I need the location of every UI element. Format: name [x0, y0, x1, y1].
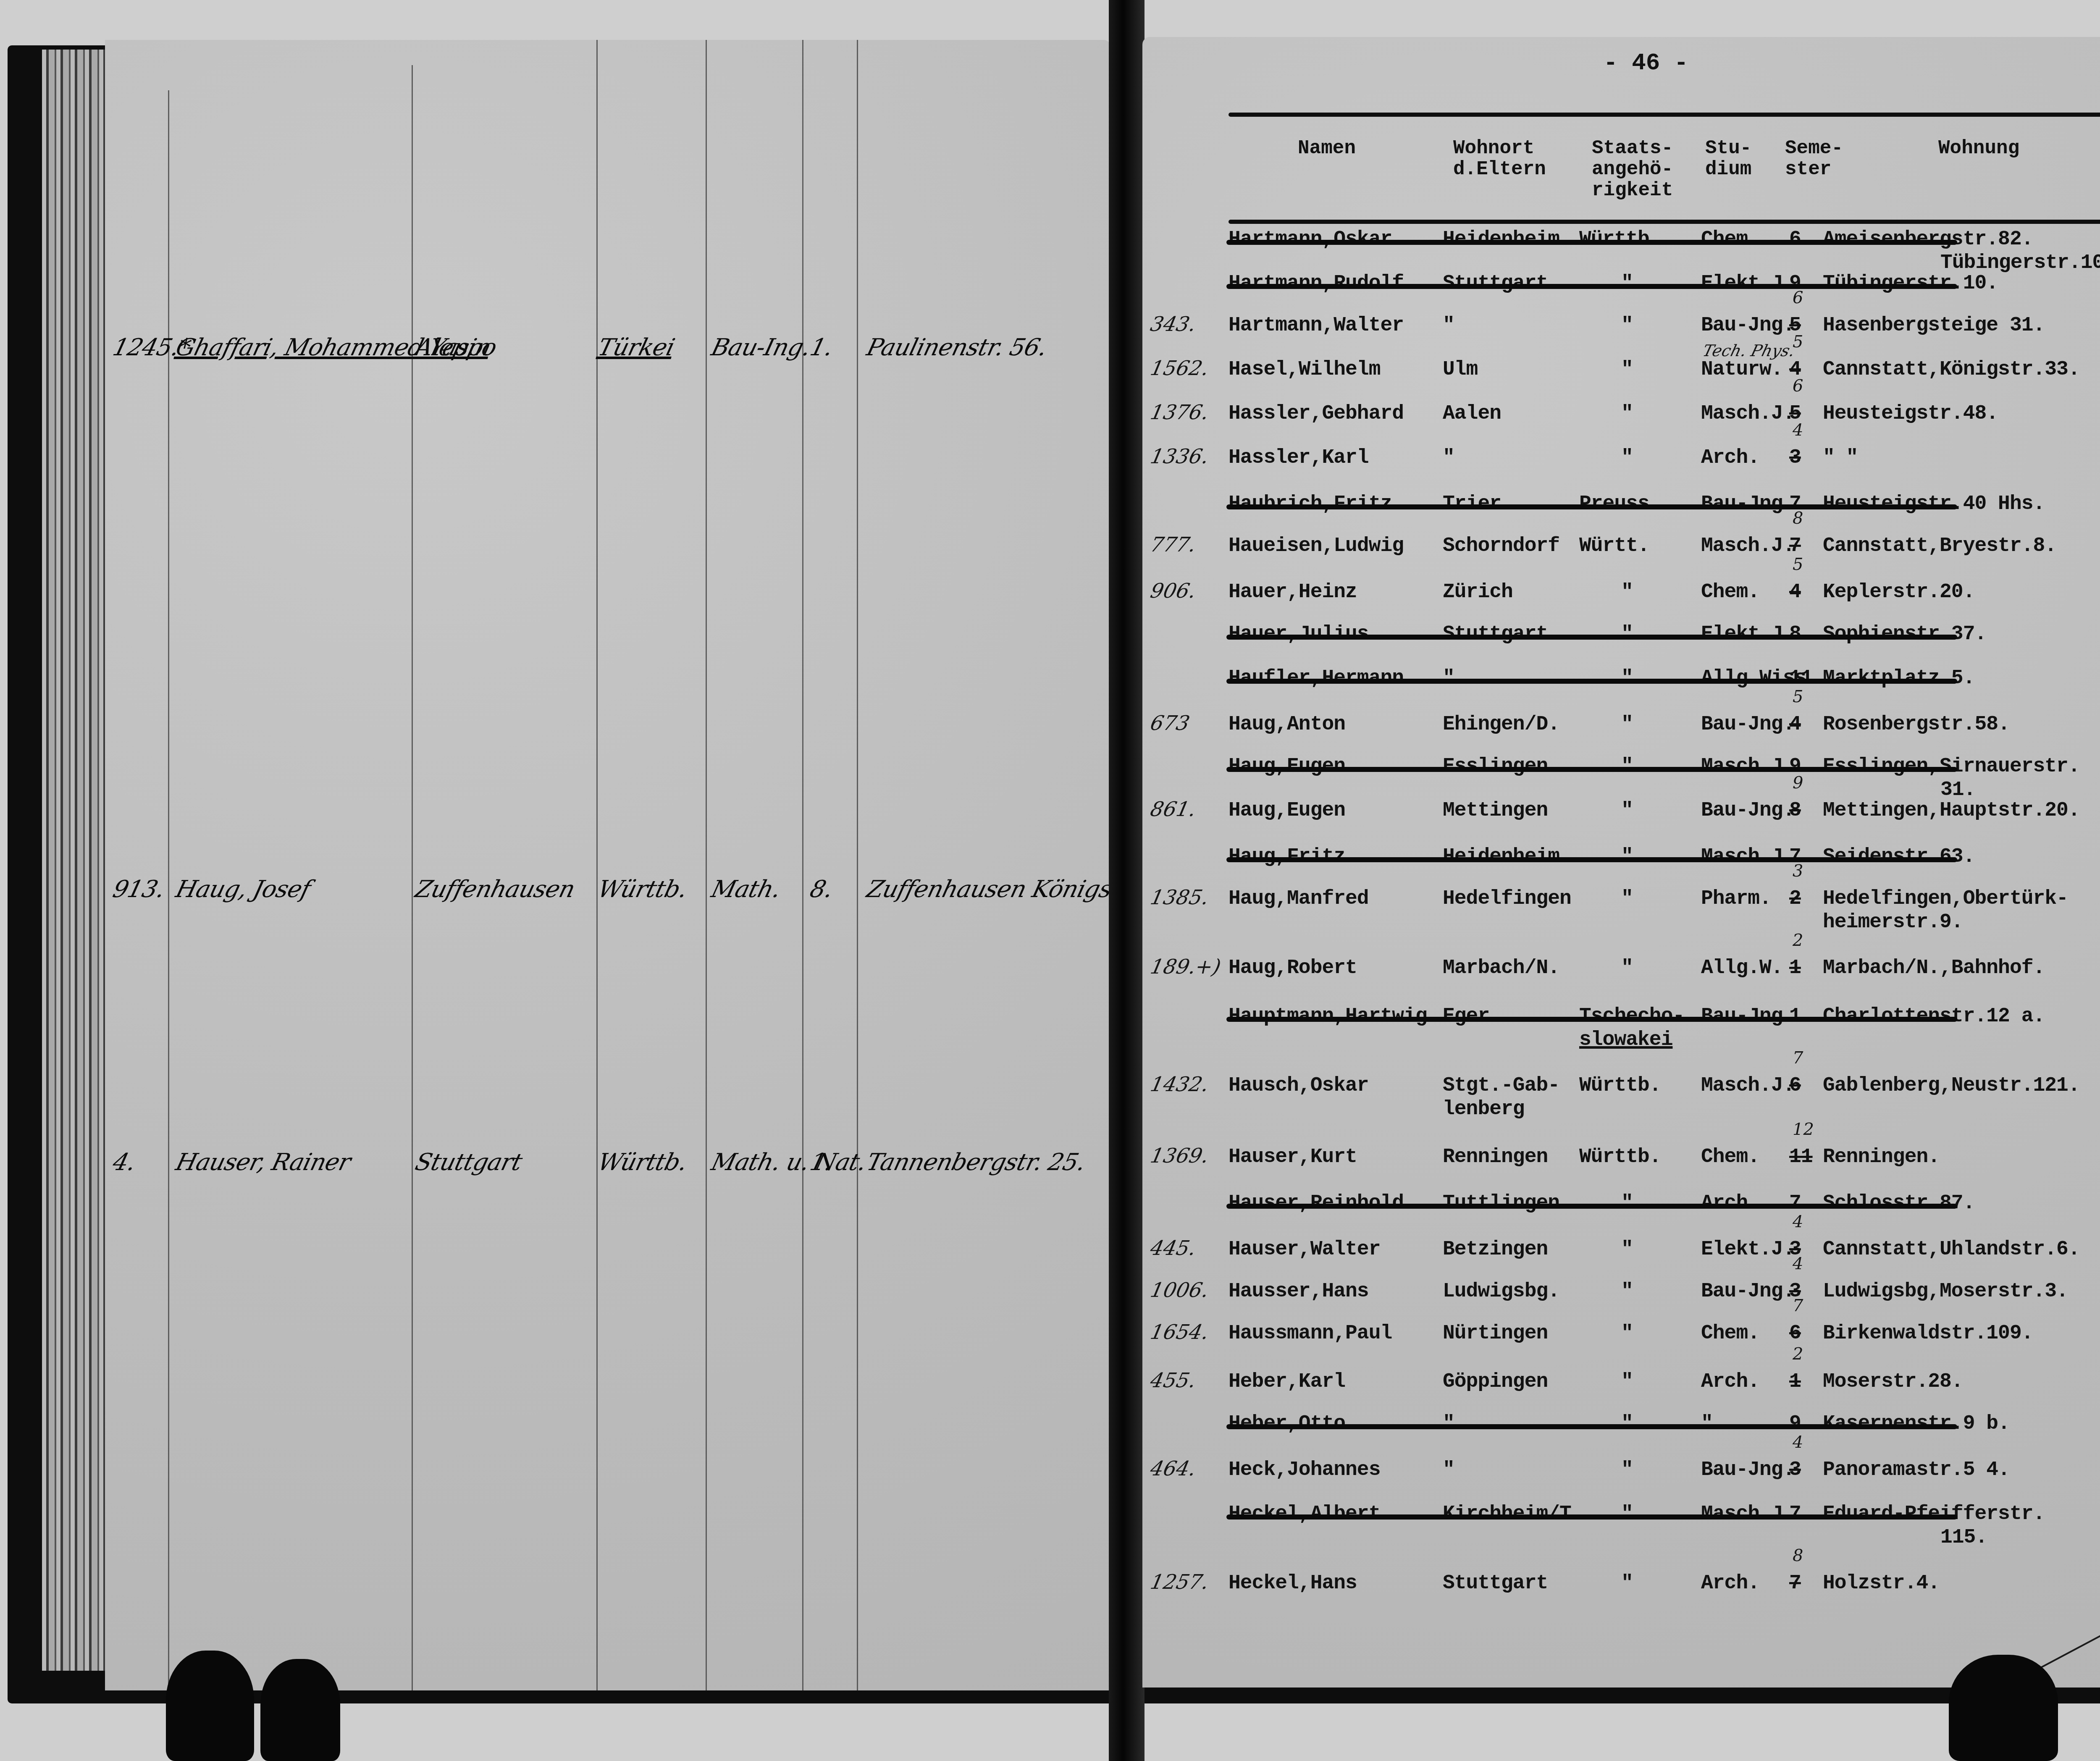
strikethrough-line: [1226, 1204, 1957, 1209]
cell-nationality: ": [1621, 1412, 1633, 1435]
cell-study: Pharm.: [1701, 887, 1771, 910]
cell-semester: 6: [1789, 1322, 1801, 1345]
cell-study: Arch.: [1701, 1572, 1759, 1595]
cell-residence: Sophienstr.37.: [1823, 623, 1986, 646]
strikethrough-line: [1226, 1017, 1957, 1022]
right-page: - 46 - Namen Wohnort d.Eltern Staats- an…: [1142, 37, 2100, 1688]
cell-name: Heckel,Albert: [1228, 1503, 1380, 1525]
cell-study: Allg.W.: [1701, 957, 1783, 979]
cell-parents-residence: ": [1443, 667, 1454, 690]
header-semester: Seme- ster: [1785, 138, 1843, 180]
cell-residence: Birkenwaldstr.109.: [1823, 1322, 2033, 1345]
cell-nationality-cont: slowakei: [1579, 1029, 1672, 1051]
cell-nationality: Württb.: [1579, 1146, 1661, 1168]
strikethrough-line: [1226, 857, 1957, 862]
cell-name: Hausser,Hans: [1228, 1280, 1369, 1303]
cell-residence: Heusteigstr.48.: [1823, 402, 1998, 425]
semester-updated: 5: [1793, 555, 1803, 574]
column-rule: [596, 40, 598, 1690]
cell-study: Bau-Jng.: [1701, 1459, 1794, 1481]
cell-name: Haussmann,Paul: [1228, 1322, 1392, 1345]
cell-residence: Heusteigstr.40 Hhs.: [1823, 493, 2045, 515]
cell-residence: Ludwigsbg,Moserstr.3.: [1823, 1280, 2068, 1303]
cell-study: Bau-Jng.: [1701, 799, 1794, 822]
cell-parents-residence: Nürtingen: [1443, 1322, 1548, 1345]
header-parents-residence: Wohnort d.Eltern: [1453, 138, 1546, 180]
cell-semester: 7: [1789, 1572, 1801, 1595]
cell-parents-residence: Betzingen: [1443, 1238, 1548, 1261]
cell-name: Heber,Otto: [1228, 1412, 1345, 1435]
registration-number: 455.: [1148, 1369, 1198, 1392]
cell-residence: Schlosstr.87.: [1823, 1192, 1974, 1215]
semester-updated: 8: [1793, 509, 1803, 528]
cell-residence: Hedelfingen,Obertürk-: [1823, 887, 2068, 910]
cell-parents-residence-cont: lenberg: [1443, 1098, 1525, 1121]
cell-residence: Kasernenstr.9 b.: [1823, 1412, 2010, 1435]
finger: [1949, 1655, 2058, 1761]
table-row-struck: Haubrich,FritzTrierPreuss.Bau-Jng.7Heust…: [1142, 493, 2100, 530]
cell-parents-residence: Marbach/N.: [1443, 957, 1559, 979]
header-residence: Wohnung: [1938, 138, 2019, 159]
cell-study: Masch.J.: [1701, 755, 1794, 778]
registration-number: 1562.: [1148, 357, 1211, 380]
cell-nationality: ": [1621, 446, 1633, 469]
entry-residence: Tannenbergstr. 25.: [864, 1149, 1088, 1176]
cell-parents-residence: Heidenheim: [1443, 228, 1559, 251]
cell-semester: 7: [1789, 1503, 1801, 1525]
semester-updated: 4: [1793, 1254, 1803, 1273]
cell-name: Hartmann,Rudolf: [1228, 272, 1404, 295]
cell-name: Haueisen,Ludwig: [1228, 535, 1404, 557]
header-nationality: Staats- angehö- rigkeit: [1592, 138, 1673, 201]
table-row-struck: Hartmann,RudolfStuttgart"Elekt.J.9Tübing…: [1142, 272, 2100, 310]
cell-name: Haug,Manfred: [1228, 887, 1369, 910]
cell-parents-residence: ": [1443, 1412, 1454, 1435]
finger: [260, 1659, 340, 1761]
cell-parents-residence: Tuttlingen: [1443, 1192, 1559, 1215]
cell-nationality: ": [1621, 1238, 1633, 1261]
cell-residence: Esslingen,Sirnauerstr.: [1823, 755, 2080, 778]
cell-residence: Keplerstr.20.: [1823, 581, 1974, 604]
entry-reg-no: 4.: [110, 1149, 139, 1176]
cell-nationality: ": [1621, 1572, 1633, 1595]
cell-nationality: Württb.: [1579, 1074, 1661, 1097]
table-row: 189.+)Haug,RobertMarbach/N."Allg.W.12Mar…: [1142, 957, 2100, 995]
table-row: 343.Hartmann,Walter""Bau-Jng.56Hasenberg…: [1142, 314, 2100, 352]
cell-name: Haug,Robert: [1228, 957, 1357, 979]
cell-residence: Marbach/N.,Bahnhof.: [1823, 957, 2045, 979]
cell-name: Hauser,Walter: [1228, 1238, 1380, 1261]
cell-residence-cont: 115.: [1940, 1526, 1987, 1549]
handwritten-entry: 1245.*Ghaffari, Mohammed YasinAleppoTürk…: [105, 334, 1111, 384]
cell-nationality: ": [1621, 314, 1633, 337]
cell-parents-residence: Heidenheim: [1443, 845, 1559, 868]
strikethrough-line: [1226, 240, 1957, 245]
entry-nationality: Württb.: [595, 1149, 690, 1176]
cell-study: Bau-Jng.: [1701, 314, 1794, 337]
cell-nationality: ": [1621, 358, 1633, 381]
cell-study: Masch.J.: [1701, 1074, 1794, 1097]
table-row: 445.Hauser,WalterBetzingen"Elekt.J.34Can…: [1142, 1238, 2100, 1276]
semester-updated: 4: [1793, 1212, 1803, 1231]
cell-nationality: ": [1621, 581, 1633, 604]
cell-nationality: Württ.: [1579, 535, 1649, 557]
cell-parents-residence: Aalen: [1443, 402, 1501, 425]
handwritten-entry: 913.Haug, JosefZuffenhausenWürttb.Math.8…: [105, 876, 1111, 926]
column-rule: [857, 40, 858, 1690]
cell-study: Elekt.J.: [1701, 623, 1794, 646]
cell-study: Chem.: [1701, 228, 1759, 251]
header-study: Stu- dium: [1705, 138, 1751, 180]
cell-study: Arch.: [1701, 446, 1759, 469]
semester-updated: 3: [1793, 861, 1803, 881]
table-row: 1654.Haussmann,PaulNürtingen"Chem.67Birk…: [1142, 1322, 2100, 1360]
cell-study: Chem.: [1701, 1146, 1759, 1168]
cell-nationality: ": [1621, 1370, 1633, 1393]
semester-updated: 4: [1793, 420, 1803, 440]
cell-semester: 3: [1789, 1459, 1801, 1481]
registration-number: 1257.: [1148, 1570, 1211, 1594]
cell-semester: 1: [1789, 1005, 1801, 1028]
registration-number: 777.: [1148, 533, 1198, 556]
cell-residence-cont: heimerstr.9.: [1823, 911, 1963, 934]
table-row: 777.Haueisen,LudwigSchorndorfWürtt.Masch…: [1142, 535, 2100, 572]
cell-residence: Holzstr.4.: [1823, 1572, 1940, 1595]
entry-name: Hauser, Rainer: [173, 1149, 353, 1176]
cell-nationality: ": [1621, 623, 1633, 646]
entry-nationality: Württb.: [595, 876, 690, 903]
cell-residence: Hasenbergsteige 31.: [1823, 314, 2045, 337]
table-row: 1257.Heckel,HansStuttgart"Arch.78Holzstr…: [1142, 1572, 2100, 1610]
registration-number: 1369.: [1148, 1144, 1211, 1168]
table-row: 906.Hauer,HeinzZürich"Chem.45Keplerstr.2…: [1142, 581, 2100, 619]
cell-name: Hasel,Wilhelm: [1228, 358, 1380, 381]
registration-number: 1006.: [1148, 1278, 1211, 1302]
cell-residence: Cannstatt,Uhlandstr.6.: [1823, 1238, 2080, 1261]
cell-study: Bau-Jng.: [1701, 1280, 1794, 1303]
cell-name: Hauptmann,Hartwig: [1228, 1005, 1427, 1028]
cell-name: Hassler,Karl: [1228, 446, 1369, 469]
registration-number: 861.: [1148, 798, 1198, 821]
cell-semester: 11: [1789, 667, 1813, 690]
semester-updated: 2: [1793, 931, 1803, 950]
cell-residence: Rosenbergstr.58.: [1823, 713, 2010, 736]
table-row: 861.Haug,EugenMettingen"Bau-Jng.89Mettin…: [1142, 799, 2100, 837]
left-page: 1245.*Ghaffari, Mohammed YasinAleppoTürk…: [105, 40, 1111, 1690]
cell-study: Chem.: [1701, 1322, 1759, 1345]
entry-residence: Paulinenstr. 56.: [864, 334, 1050, 361]
semester-updated: 8: [1793, 1546, 1803, 1565]
header-rule-top: [1228, 113, 2100, 117]
cell-semester: 4: [1789, 713, 1801, 736]
cell-residence-cont: 31.: [1940, 779, 1975, 801]
cell-residence: Tübingerstr.10.: [1823, 272, 1998, 295]
cell-study: Masch.J.: [1701, 1503, 1794, 1525]
cell-name: Hausch,Oskar: [1228, 1074, 1369, 1097]
table-row-struck: Heckel,AlbertKirchheim/T."Masch.J.7Eduar…: [1142, 1503, 2100, 1541]
table-row: 673Haug,AntonEhingen/D."Bau-Jng.45Rosenb…: [1142, 713, 2100, 751]
cell-residence: Cannstatt,Königstr.33.: [1823, 358, 2080, 381]
cell-semester: 6: [1789, 1074, 1801, 1097]
semester-updated: 7: [1793, 1296, 1803, 1315]
cell-residence: Mettingen,Hauptstr.20.: [1823, 799, 2080, 822]
finger: [166, 1651, 254, 1761]
entry-parents-residence: Stuttgart: [412, 1149, 525, 1176]
cell-name: Hauser,Kurt: [1228, 1146, 1357, 1168]
study-correction: Tech. Phys.: [1701, 341, 1797, 360]
cell-study: Elekt.J.: [1701, 1238, 1794, 1261]
cell-nationality: ": [1621, 1192, 1633, 1215]
cell-residence-cont: Tübingerstr.10.: [1940, 252, 2100, 274]
entry-nationality: Türkei: [595, 334, 677, 361]
cell-study: Naturw.: [1701, 358, 1783, 381]
cell-name: Heckel,Hans: [1228, 1572, 1357, 1595]
cell-study: ": [1701, 1412, 1713, 1435]
cell-residence: Ameisenbergstr.82.: [1823, 228, 2033, 251]
cell-study: Bau-Jng.: [1701, 1005, 1794, 1028]
semester-updated: 9: [1793, 773, 1803, 793]
cell-parents-residence: Eger: [1443, 1005, 1489, 1028]
semester-updated: 6: [1793, 288, 1803, 307]
entry-parents-residence: Aleppo: [412, 334, 499, 361]
cell-nationality: ": [1621, 887, 1633, 910]
cell-parents-residence: Stuttgart: [1443, 623, 1548, 646]
cell-study: Arch.: [1701, 1370, 1759, 1393]
entry-study: Math.: [709, 876, 783, 903]
handwritten-entry: 4.Hauser, RainerStuttgartWürttb.Math. u.…: [105, 1149, 1111, 1199]
cell-parents-residence: Mettingen: [1443, 799, 1548, 822]
corner-stroke: [2041, 1623, 2100, 1668]
cell-parents-residence: Stuttgart: [1443, 1572, 1548, 1595]
cell-nationality: ": [1621, 1459, 1633, 1481]
registration-number: 673: [1148, 711, 1192, 735]
cell-semester: 2: [1789, 887, 1801, 910]
cell-residence: Gablenberg,Neustr.121.: [1823, 1074, 2080, 1097]
cell-study: Masch.J.: [1701, 402, 1794, 425]
cell-nationality: ": [1621, 845, 1633, 868]
semester-updated: 6: [1793, 376, 1803, 396]
cell-parents-residence: Ulm: [1443, 358, 1478, 381]
cell-nationality: Tschecho-: [1579, 1005, 1684, 1028]
page-number: - 46 -: [1604, 50, 1688, 76]
registration-number: 1385.: [1148, 886, 1211, 909]
cell-residence: Moserstr.28.: [1823, 1370, 1963, 1393]
cell-nationality: ": [1621, 713, 1633, 736]
semester-updated: 2: [1793, 1344, 1803, 1364]
cell-parents-residence: ": [1443, 314, 1454, 337]
cell-parents-residence: Zürich: [1443, 581, 1513, 604]
registration-number: 464.: [1148, 1457, 1198, 1480]
table-row: 455.Heber,KarlGöppingen"Arch.12Moserstr.…: [1142, 1370, 2100, 1408]
cell-study: Bau-Jng.: [1701, 493, 1794, 515]
table-row-struck: Hauer,JuliusStuttgart"Elekt.J.8Sophienst…: [1142, 623, 2100, 661]
cell-nationality: ": [1621, 272, 1633, 295]
cell-semester: 8: [1789, 799, 1801, 822]
cell-name: Haug,Eugen: [1228, 799, 1345, 822]
table-row-struck: Haug,EugenEsslingen"Masch.J.9Esslingen,S…: [1142, 755, 2100, 793]
entry-study: Bau-Ing.: [709, 334, 814, 361]
entry-semester: 8.: [807, 876, 836, 903]
entry-reg-no: 913.: [110, 876, 168, 903]
table-row-struck: Hauptmann,HartwigEgerTschecho-slowakeiBa…: [1142, 1005, 2100, 1043]
cell-parents-residence: Stuttgart: [1443, 272, 1548, 295]
strikethrough-line: [1226, 767, 1957, 772]
cell-name: Heber,Karl: [1228, 1370, 1345, 1393]
cell-name: Heck,Johannes: [1228, 1459, 1380, 1481]
cell-parents-residence: Renningen: [1443, 1146, 1548, 1168]
cell-residence: Charlottenstr.12 a.: [1823, 1005, 2045, 1028]
cell-name: Hassler,Gebhard: [1228, 402, 1404, 425]
table-row: 1432.Hausch,OskarStgt.-Gab-lenbergWürttb…: [1142, 1074, 2100, 1112]
cell-name: Haug,Fritz: [1228, 845, 1345, 868]
registration-number: 343.: [1148, 312, 1198, 336]
column-rule: [802, 40, 803, 1690]
cell-parents-residence: ": [1443, 1459, 1454, 1481]
table-row-struck: Hauser,ReinholdTuttlingen"Arch.7Schlosst…: [1142, 1192, 2100, 1230]
cell-residence: Seidenstr.63.: [1823, 845, 1974, 868]
cell-residence: Cannstatt,Bryestr.8.: [1823, 535, 2056, 557]
semester-updated: 7: [1793, 1048, 1803, 1068]
entry-study: Math. u. Nat.: [709, 1149, 869, 1176]
cell-parents-residence: Esslingen: [1443, 755, 1548, 778]
cell-nationality: ": [1621, 667, 1633, 690]
cell-semester: 7: [1789, 535, 1801, 557]
cell-residence: Marktplatz 5.: [1823, 667, 1974, 690]
table-row-struck: Hartmann,OskarHeidenheimWürttb.Chem.6Ame…: [1142, 228, 2100, 266]
cell-parents-residence: Trier: [1443, 493, 1501, 515]
cell-semester: 1: [1789, 957, 1801, 979]
strikethrough-line: [1226, 1514, 1957, 1520]
strikethrough-line: [1226, 284, 1957, 289]
book-gutter: [1109, 0, 1144, 1761]
table-row: 1006.Hausser,HansLudwigsbg."Bau-Jng.34Lu…: [1142, 1280, 2100, 1318]
registration-number: 1432.: [1148, 1073, 1211, 1096]
cell-nationality: Württb.: [1579, 228, 1661, 251]
cell-nationality: ": [1621, 1503, 1633, 1525]
cell-nationality: ": [1621, 957, 1633, 979]
table-row: 1369.Hauser,KurtRenningenWürttb.Chem.111…: [1142, 1146, 2100, 1184]
cell-study: Bau-Jng.: [1701, 713, 1794, 736]
cell-name: Haug,Eugen: [1228, 755, 1345, 778]
cell-nationality: ": [1621, 402, 1633, 425]
cell-residence: Panoramastr.5 4.: [1823, 1459, 2010, 1481]
registration-number: 1376.: [1148, 401, 1211, 424]
cell-nationality: ": [1621, 1322, 1633, 1345]
cell-study: Chem.: [1701, 581, 1759, 604]
cell-semester: 9: [1789, 1412, 1801, 1435]
cell-name: Haubrich,Fritz: [1228, 493, 1392, 515]
semester-updated: 4: [1793, 1433, 1803, 1452]
cell-parents-residence: Hedelfingen: [1443, 887, 1571, 910]
registration-number: 445.: [1148, 1236, 1198, 1260]
table-row: 464.Heck,Johannes""Bau-Jng.34Panoramastr…: [1142, 1459, 2100, 1496]
table-row-struck: Haufler,Hermann""Allg.Wiss.11Marktplatz …: [1142, 667, 2100, 705]
cell-name: Hauser,Reinhold: [1228, 1192, 1404, 1215]
cell-semester: 3: [1789, 446, 1801, 469]
cell-semester: 11: [1789, 1146, 1813, 1168]
semester-updated: 5: [1793, 332, 1803, 352]
cell-name: Hartmann,Walter: [1228, 314, 1404, 337]
header-name: Namen: [1298, 138, 1356, 159]
strikethrough-line: [1226, 679, 1957, 684]
table-row: 1376.Hassler,GebhardAalen"Masch.J.56Heus…: [1142, 402, 2100, 440]
cell-study: Elekt.J.: [1701, 272, 1794, 295]
cell-study: Masch.J.: [1701, 535, 1794, 557]
cell-nationality: Preuss.: [1579, 493, 1661, 515]
semester-updated: 5: [1793, 687, 1803, 706]
entry-name: Haug, Josef: [173, 876, 313, 903]
header-rule-bottom: [1228, 220, 2100, 224]
cell-semester: 8: [1789, 623, 1801, 646]
registration-number: 1336.: [1148, 445, 1211, 468]
cell-name: Haufler,Hermann: [1228, 667, 1404, 690]
page-stack-left: [42, 50, 105, 1671]
strikethrough-line: [1226, 635, 1957, 640]
cell-name: Hauer,Heinz: [1228, 581, 1357, 604]
column-rule: [706, 40, 707, 1690]
table-row: 1336.Hassler,Karl""Arch.34" "✓: [1142, 446, 2100, 484]
cell-study: Masch.J.: [1701, 845, 1794, 868]
cell-semester: 1: [1789, 1370, 1801, 1393]
cell-nationality: ": [1621, 755, 1633, 778]
table-row-struck: Haug,FritzHeidenheim"Masch.J.7Seidenstr.…: [1142, 845, 2100, 883]
entry-parents-residence: Zuffenhausen: [412, 876, 577, 903]
cell-study: Arch.: [1701, 1192, 1759, 1215]
cell-parents-residence: ": [1443, 446, 1454, 469]
cell-parents-residence: Schorndorf: [1443, 535, 1559, 557]
cell-residence: Renningen.: [1823, 1146, 1940, 1168]
table-row-struck: Heber,Otto"""9Kasernenstr.9 b.: [1142, 1412, 2100, 1450]
strikethrough-line: [1226, 1424, 1957, 1429]
cell-parents-residence: Kirchheim/T.: [1443, 1503, 1583, 1525]
registration-number: 189.+): [1148, 955, 1223, 979]
cell-residence: " ": [1823, 446, 1858, 469]
cell-residence: Eduard-Pfeifferstr.: [1823, 1503, 2045, 1525]
cell-parents-residence: Göppingen: [1443, 1370, 1548, 1393]
table-row: 1385.Haug,ManfredHedelfingen"Pharm.23Hed…: [1142, 887, 2100, 925]
table-row: 1562.Hasel,WilhelmUlm"Naturw.Tech. Phys.…: [1142, 358, 2100, 396]
cell-semester: 4: [1789, 581, 1801, 604]
cell-name: Hauer,Julius: [1228, 623, 1369, 646]
cell-name: Hartmann,Oskar: [1228, 228, 1392, 251]
registration-number: 1654.: [1148, 1320, 1211, 1344]
cell-semester: 6: [1789, 228, 1801, 251]
cell-parents-residence: Stgt.-Gab-: [1443, 1074, 1559, 1097]
cell-parents-residence: Ludwigsbg.: [1443, 1280, 1559, 1303]
cell-name: Haug,Anton: [1228, 713, 1345, 736]
cell-nationality: ": [1621, 799, 1633, 822]
cell-semester: 7: [1789, 1192, 1801, 1215]
strikethrough-line: [1226, 504, 1957, 509]
cell-parents-residence: Ehingen/D.: [1443, 713, 1559, 736]
registration-number: 906.: [1148, 579, 1198, 603]
semester-updated: 12: [1793, 1120, 1814, 1139]
cell-nationality: ": [1621, 1280, 1633, 1303]
